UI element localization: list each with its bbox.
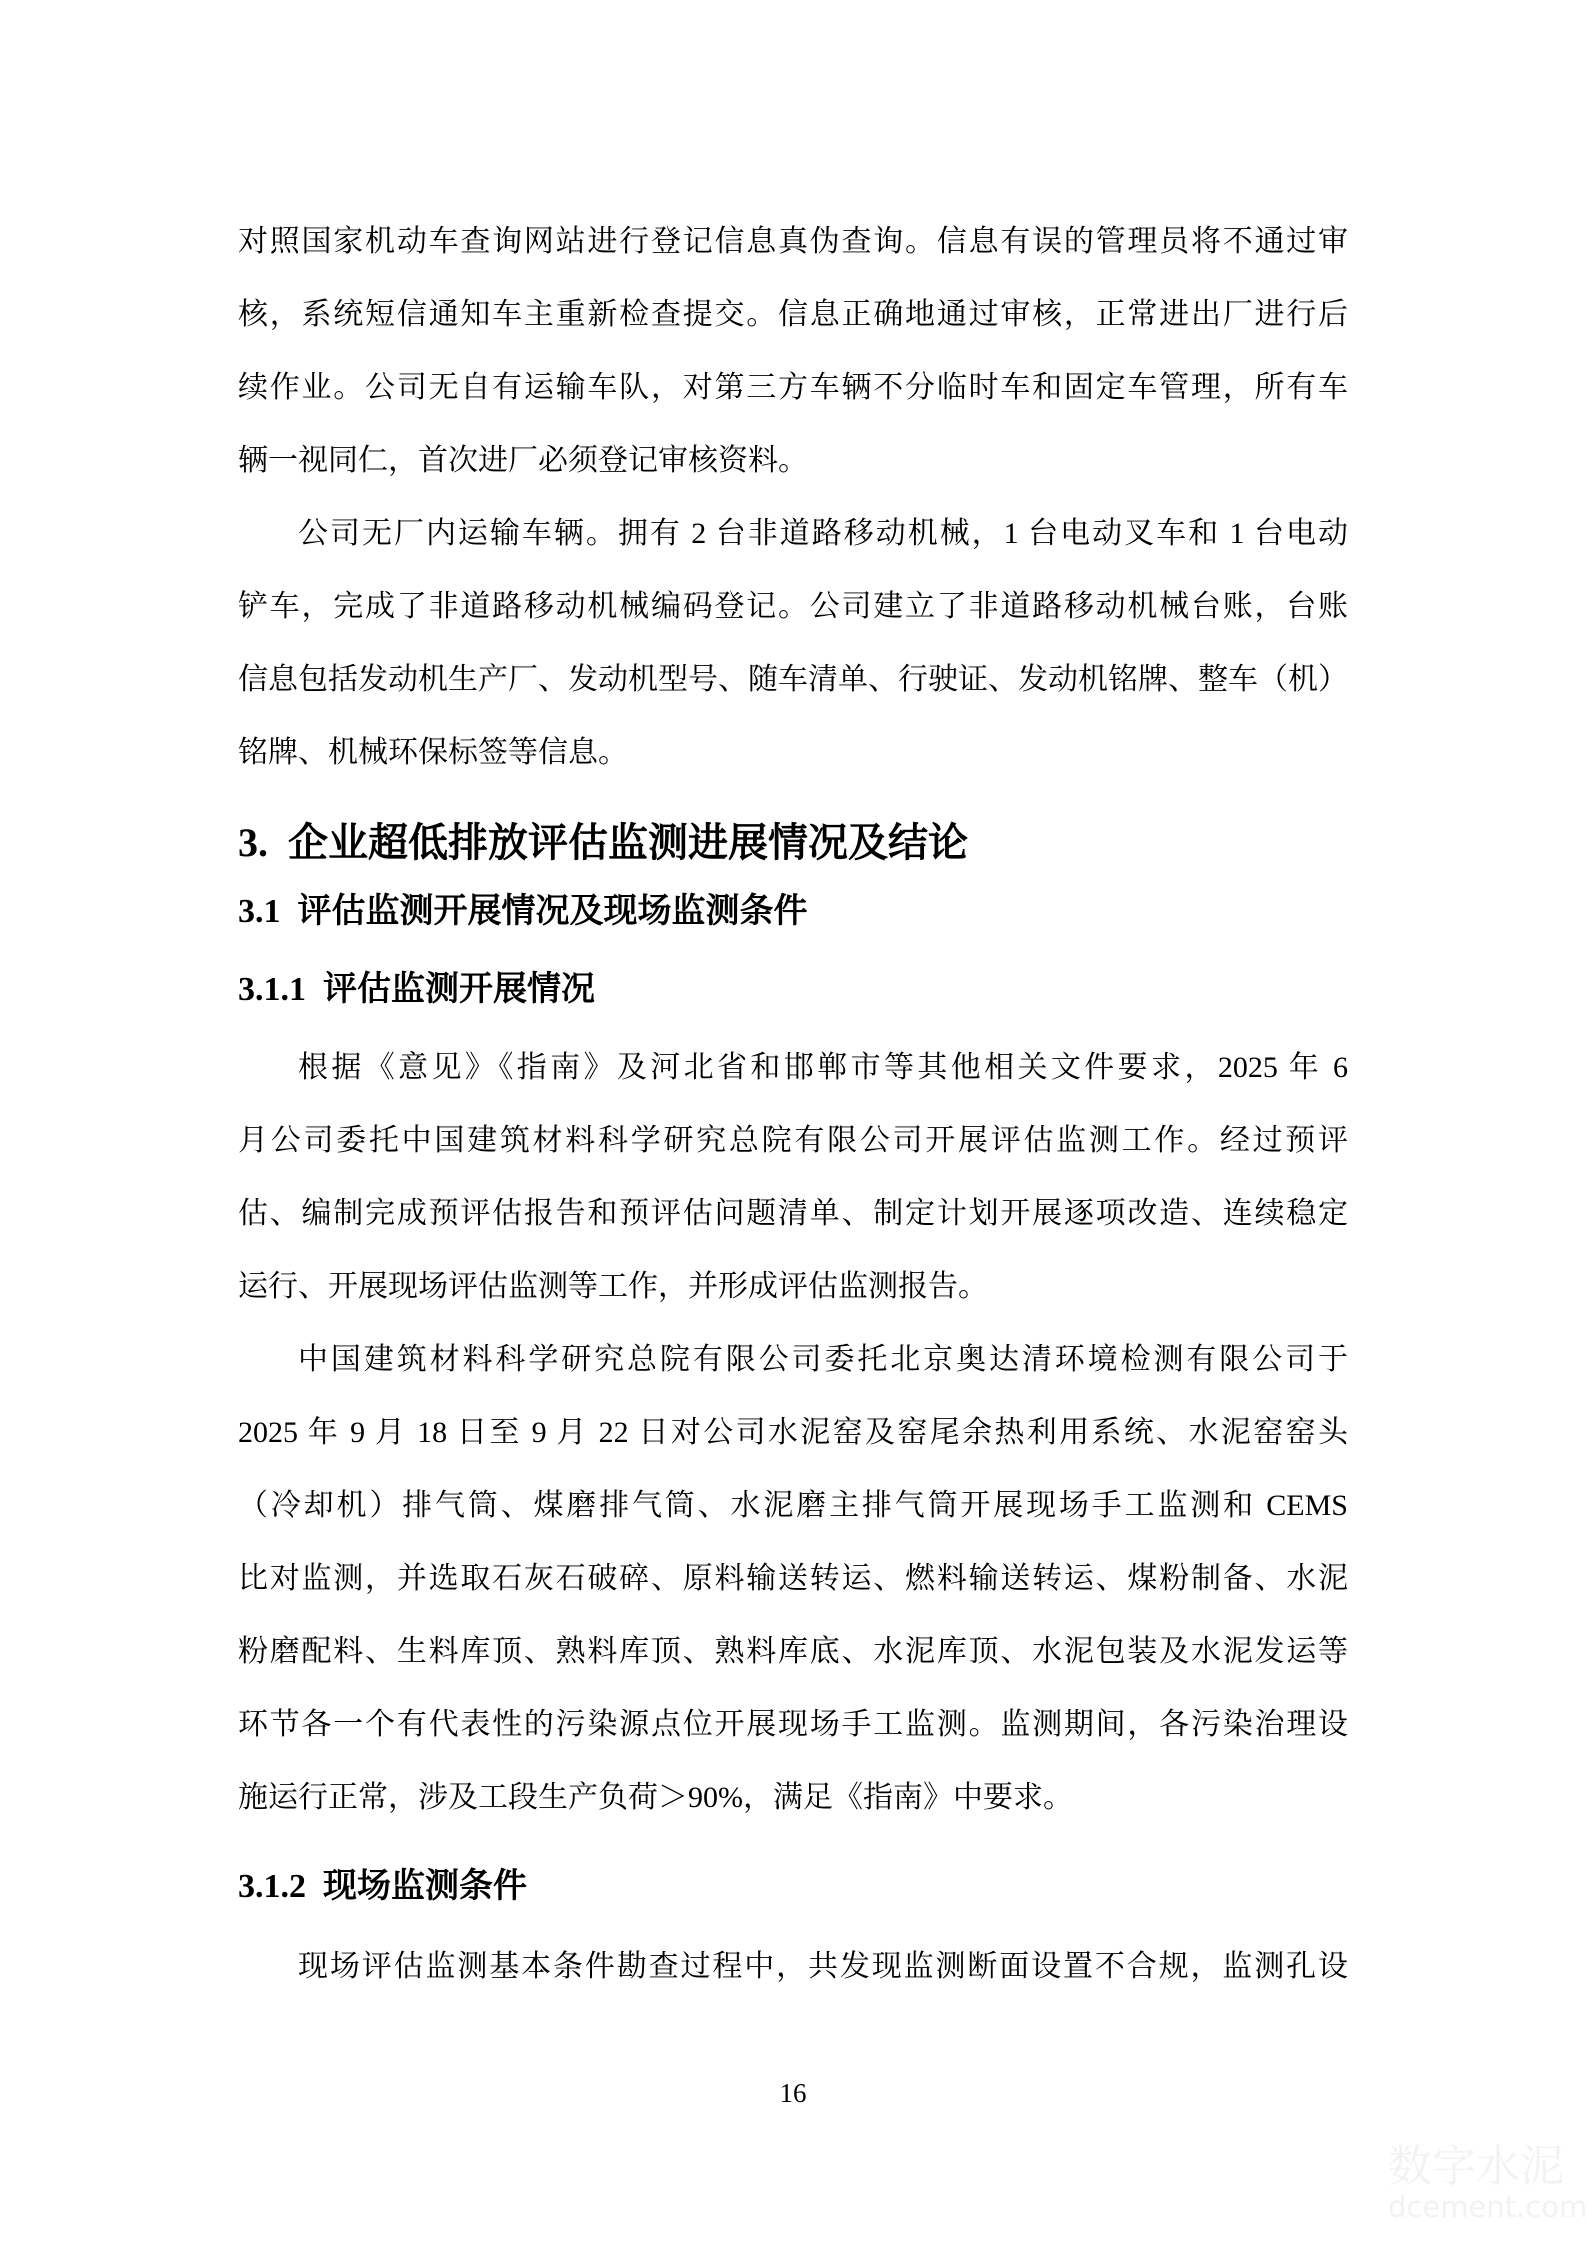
text-line: 运行、开展现场评估监测等工作，并形成评估监测报告。 [238, 1250, 1348, 1323]
text-line: 公司无厂内运输车辆。拥有 2 台非道路移动机械，1 台电动叉车和 1 台电动 [238, 497, 1348, 570]
text-line: 根据《意见》《指南》及河北省和邯郸市等其他相关文件要求，2025 年 6 [238, 1031, 1348, 1104]
page-number: 16 [238, 2076, 1348, 2110]
text-line: 铲车，完成了非道路移动机械编码登记。公司建立了非道路移动机械台账，台账 [238, 570, 1348, 643]
text-line: 信息包括发动机生产厂、发动机型号、随车清单、行驶证、发动机铭牌、整车（机） [238, 643, 1348, 716]
text-line: 比对监测，并选取石灰石破碎、原料输送转运、燃料输送转运、煤粉制备、水泥 [238, 1542, 1348, 1615]
document-page: 对照国家机动车查询网站进行登记信息真伪查询。信息有误的管理员将不通过审 核，系统… [0, 0, 1587, 2245]
text-line: 月公司委托中国建筑材料科学研究总院有限公司开展评估监测工作。经过预评 [238, 1104, 1348, 1177]
section-heading-3-1-2: 3.1.2 现场监测条件 [238, 1862, 1348, 1912]
section-heading-3-1: 3.1 评估监测开展情况及现场监测条件 [238, 887, 1348, 937]
paragraph-monitoring-conditions: 现场评估监测基本条件勘查过程中，共发现监测断面设置不合规，监测孔设 [238, 1930, 1348, 2003]
watermark-logo-text: 数字水泥 [1388, 2142, 1587, 2192]
paragraph-assessment-commission: 根据《意见》《指南》及河北省和邯郸市等其他相关文件要求，2025 年 6 月公司… [238, 1031, 1348, 1323]
watermark-domain-text: dcement.com [1388, 2192, 1587, 2222]
text-line: 环节各一个有代表性的污染源点位开展现场手工监测。监测期间，各污染治理设 [238, 1688, 1348, 1761]
document-content: 对照国家机动车查询网站进行登记信息真伪查询。信息有误的管理员将不通过审 核，系统… [238, 205, 1348, 2110]
text-line: 铭牌、机械环保标签等信息。 [238, 716, 1348, 789]
text-line: 粉磨配料、生料库顶、熟料库顶、熟料库底、水泥库顶、水泥包装及水泥发运等 [238, 1615, 1348, 1688]
text-line: 对照国家机动车查询网站进行登记信息真伪查询。信息有误的管理员将不通过审 [238, 205, 1348, 278]
section-heading-3-1-1: 3.1.1 评估监测开展情况 [238, 965, 1348, 1015]
paragraph-onsite-monitoring: 中国建筑材料科学研究总院有限公司委托北京奥达清环境检测有限公司于 2025 年 … [238, 1323, 1348, 1834]
paragraph-vehicle-registration: 对照国家机动车查询网站进行登记信息真伪查询。信息有误的管理员将不通过审 核，系统… [238, 205, 1348, 497]
text-line: （冷却机）排气筒、煤磨排气筒、水泥磨主排气筒开展现场手工监测和 CEMS [238, 1469, 1348, 1542]
text-line: 2025 年 9 月 18 日至 9 月 22 日对公司水泥窑及窑尾余热利用系统… [238, 1396, 1348, 1469]
section-heading-3: 3. 企业超低排放评估监测进展情况及结论 [238, 814, 1348, 872]
paragraph-non-road-machinery: 公司无厂内运输车辆。拥有 2 台非道路移动机械，1 台电动叉车和 1 台电动 铲… [238, 497, 1348, 789]
text-line: 核，系统短信通知车主重新检查提交。信息正确地通过审核，正常进出厂进行后 [238, 278, 1348, 351]
text-line: 辆一视同仁，首次进厂必须登记审核资料。 [238, 424, 1348, 497]
text-line: 中国建筑材料科学研究总院有限公司委托北京奥达清环境检测有限公司于 [238, 1323, 1348, 1396]
text-line: 续作业。公司无自有运输车队，对第三方车辆不分临时车和固定车管理，所有车 [238, 351, 1348, 424]
text-line: 施运行正常，涉及工段生产负荷＞90%，满足《指南》中要求。 [238, 1761, 1348, 1834]
watermark: 数字水泥 dcement.com [1388, 2142, 1587, 2222]
text-line: 估、编制完成预评估报告和预评估问题清单、制定计划开展逐项改造、连续稳定 [238, 1177, 1348, 1250]
text-line: 现场评估监测基本条件勘查过程中，共发现监测断面设置不合规，监测孔设 [238, 1930, 1348, 2003]
